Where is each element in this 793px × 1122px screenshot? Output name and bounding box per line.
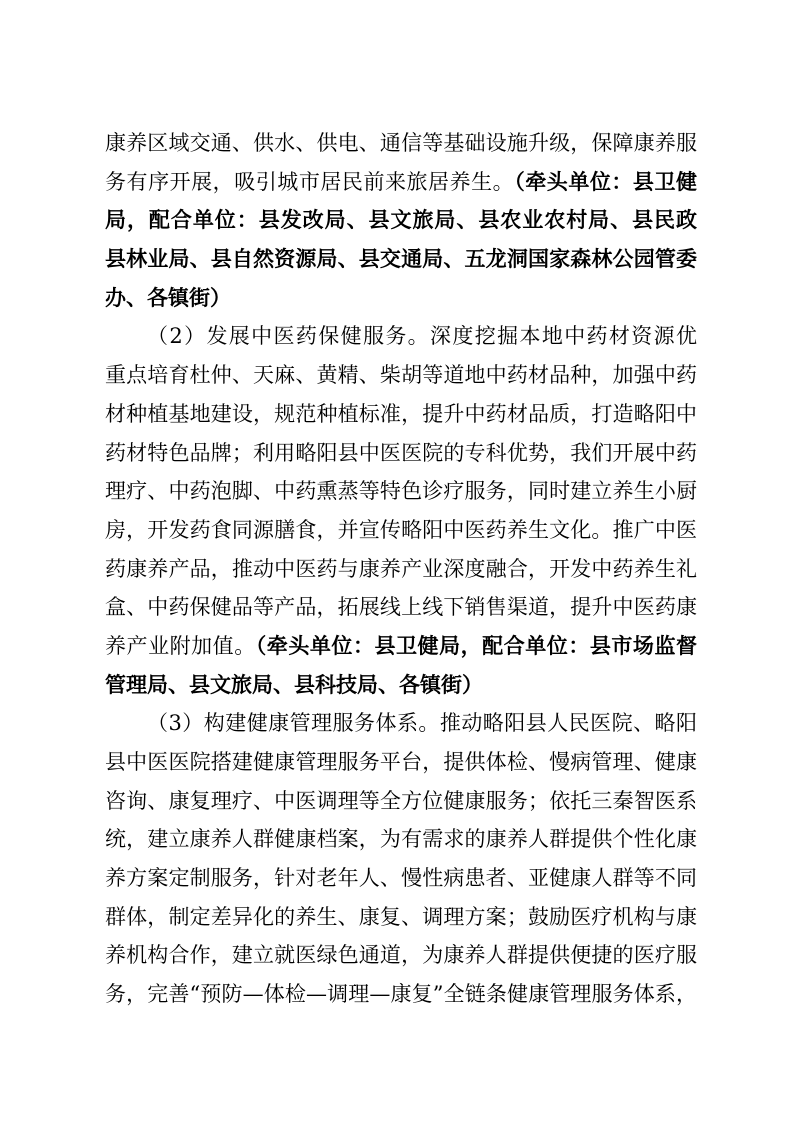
text-segment-bold: （牵头单位：县卫健: [514, 169, 697, 194]
text-segment-bold: 县林业局、县自然资源局、县交通局、五龙洞国家森林公园管委: [105, 246, 697, 271]
document-page: 康养区域交通、供水、供电、通信等基础设施升级，保障康养服务有序开展，吸引城市居民…: [0, 0, 793, 1122]
text-segment: 康养区域交通、供水、供电、通信等基础设施升级，保障康养服: [105, 131, 697, 155]
text-line: （2）发展中医药保健服务。深度挖掘本地中药材资源优势，: [105, 317, 697, 356]
text-segment: （3）构建健康管理服务体系。推动略阳县人民医院、略阳: [147, 711, 697, 735]
text-line: 理疗、中药泡脚、中药熏蒸等特色诊疗服务，同时建立养生小厨: [105, 472, 697, 511]
text-line: 局，配合单位：县发改局、县文旅局、县农业农村局、县民政局、: [105, 201, 697, 240]
text-line: 重点培育杜仲、天麻、黄精、柴胡等道地中药材品种，加强中药: [105, 356, 697, 395]
text-line: 务有序开展，吸引城市居民前来旅居养生。（牵头单位：县卫健: [105, 163, 697, 202]
text-segment: 群体，制定差异化的养生、康复、调理方案；鼓励医疗机构与康: [105, 905, 697, 929]
text-segment-bold: 局，配合单位：县发改局、县文旅局、县农业农村局、县民政局、: [105, 207, 697, 240]
text-line: 县林业局、县自然资源局、县交通局、五龙洞国家森林公园管委: [105, 240, 697, 279]
text-segment: 咨询、康复理疗、中医调理等全方位健康服务；依托三秦智医系: [105, 789, 697, 813]
text-segment-bold: 办、各镇街）: [105, 285, 231, 310]
text-segment: （2）发展中医药保健服务。深度挖掘本地中药材资源优势，: [105, 324, 697, 356]
text-segment: 材种植基地建设，规范种植标准，提升中药材品质，打造略阳中: [105, 402, 697, 426]
text-segment: 重点培育杜仲、天麻、黄精、柴胡等道地中药材品种，加强中药: [105, 363, 697, 387]
text-segment: 药康养产品，推动中医药与康养产业深度融合，开发中药养生礼: [105, 557, 697, 581]
text-line: 康养区域交通、供水、供电、通信等基础设施升级，保障康养服: [105, 124, 697, 163]
text-segment: 盒、中药保健品等产品，拓展线上线下销售渠道，提升中医药康: [105, 595, 697, 619]
text-segment: 务有序开展，吸引城市居民前来旅居养生。: [105, 170, 514, 194]
text-line: 县中医医院搭建健康管理服务平台，提供体检、慢病管理、健康: [105, 743, 697, 782]
text-line: 盒、中药保健品等产品，拓展线上线下销售渠道，提升中医药康: [105, 588, 697, 627]
text-line: 养方案定制服务，针对老年人、慢性病患者、亚健康人群等不同: [105, 859, 697, 898]
text-line: 务，完善“预防—体检—调理—康复”全链条健康管理服务体系，: [105, 975, 697, 1014]
text-line: （3）构建健康管理服务体系。推动略阳县人民医院、略阳: [105, 704, 697, 743]
text-line: 材种植基地建设，规范种植标准，提升中药材品质，打造略阳中: [105, 395, 697, 434]
text-line: 养产业附加值。（牵头单位：县卫健局，配合单位：县市场监督: [105, 627, 697, 666]
text-line: 养机构合作，建立就医绿色通道，为康养人群提供便捷的医疗服: [105, 936, 697, 975]
document-body: 康养区域交通、供水、供电、通信等基础设施升级，保障康养服务有序开展，吸引城市居民…: [105, 124, 697, 1014]
text-line: 药康养产品，推动中医药与康养产业深度融合，开发中药养生礼: [105, 550, 697, 589]
text-line: 群体，制定差异化的养生、康复、调理方案；鼓励医疗机构与康: [105, 898, 697, 937]
text-segment: 药材特色品牌；利用略阳县中医医院的专科优势，我们开展中药: [105, 441, 697, 465]
text-segment: 县中医医院搭建健康管理服务平台，提供体检、慢病管理、健康: [105, 750, 697, 774]
text-segment: 养机构合作，建立就医绿色通道，为康养人群提供便捷的医疗服: [105, 943, 697, 967]
text-segment: 理疗、中药泡脚、中药熏蒸等特色诊疗服务，同时建立养生小厨: [105, 479, 697, 503]
text-line: 统，建立康养人群健康档案，为有需求的康养人群提供个性化康: [105, 820, 697, 859]
text-segment: 房，开发药食同源膳食，并宣传略阳中医药养生文化。推广中医: [105, 518, 697, 542]
text-segment: 统，建立康养人群健康档案，为有需求的康养人群提供个性化康: [105, 827, 697, 851]
text-segment: 务，完善“预防—体检—调理—康复”全链条健康管理服务体系，: [105, 982, 697, 1006]
text-line: 房，开发药食同源膳食，并宣传略阳中医药养生文化。推广中医: [105, 511, 697, 550]
text-line: 管理局、县文旅局、县科技局、各镇街）: [105, 666, 697, 705]
text-segment-bold: 管理局、县文旅局、县科技局、各镇街）: [105, 672, 483, 697]
text-segment: 养产业附加值。: [105, 634, 256, 658]
text-segment-bold: （牵头单位：县卫健局，配合单位：县市场监督: [256, 633, 697, 658]
text-segment: 养方案定制服务，针对老年人、慢性病患者、亚健康人群等不同: [105, 866, 697, 890]
text-line: 咨询、康复理疗、中医调理等全方位健康服务；依托三秦智医系: [105, 782, 697, 821]
text-line: 药材特色品牌；利用略阳县中医医院的专科优势，我们开展中药: [105, 434, 697, 473]
text-line: 办、各镇街）: [105, 279, 697, 318]
